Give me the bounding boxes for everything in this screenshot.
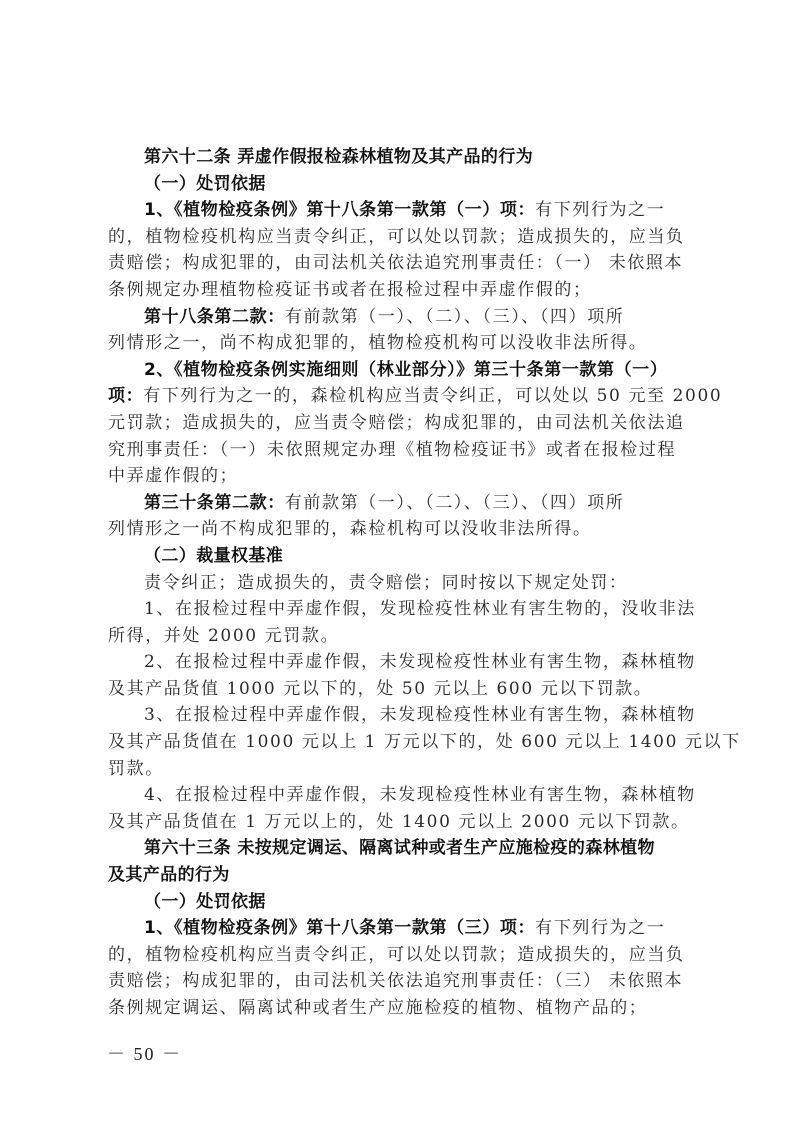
standard-4-line-2: 及其产品货值在 1 万元以上的，处 1400 元以上 2000 元以下罚款。 xyxy=(108,809,692,836)
standard-3-line-3: 罚款。 xyxy=(108,756,692,783)
article-62-standard-intro: 责令纠正；造成损失的，责令赔偿；同时按以下规定处罚： xyxy=(108,570,692,597)
article-63-title-line-2: 及其产品的行为 xyxy=(108,862,692,889)
article-62-basis-1b-line-1: 第十八条第二款：有前款第（一）、（二）、（三）、（四）项所 xyxy=(108,304,692,331)
article-62-basis-1-line-2: 的，植物检疫机构应当责令纠正，可以处以罚款；造成损失的，应当负 xyxy=(108,224,692,251)
article-63-basis-1-line-3: 责赔偿；构成犯罪的，由司法机关依法追究刑事责任：（三） 未依照本 xyxy=(108,968,692,995)
standard-3-line-1: 3、在报检过程中弄虚作假，未发现检疫性林业有害生物，森林植物 xyxy=(108,702,692,729)
article-62-section-1-heading: （一）处罚依据 xyxy=(108,171,692,198)
article-63-basis-1-line-4: 条例规定调运、隔离试种或者生产应施检疫的植物、植物产品的； xyxy=(108,995,692,1022)
article-62-basis-1-line-4: 条例规定办理植物检疫证书或者在报检过程中弄虚作假的； xyxy=(108,277,692,304)
article-62-basis-2b-line-2: 列情形之一尚不构成犯罪的，森检机构可以没收非法所得。 xyxy=(108,516,692,543)
article-62-basis-2-line-1: 2、《植物检疫条例实施细则（林业部分）》第三十条第一款第（一） xyxy=(108,357,692,384)
article-63-basis-1-label: 1、《植物检疫条例》第十八条第一款第（三）项： xyxy=(144,918,535,938)
article-62-basis-1-line-3: 责赔偿；构成犯罪的，由司法机关依法追究刑事责任：（一） 未依照本 xyxy=(108,250,692,277)
standard-2-line-2: 及其产品货值 1000 元以下的，处 50 元以上 600 元以下罚款。 xyxy=(108,676,692,703)
document-page: 第六十二条 弄虚作假报检森林植物及其产品的行为 （一）处罚依据 1、《植物检疫条… xyxy=(108,144,692,1022)
article-62-basis-2-item-label: 项： xyxy=(108,386,143,406)
article-63-basis-1-line-1: 1、《植物检疫条例》第十八条第一款第（三）项：有下列行为之一 xyxy=(108,915,692,942)
article-62-basis-2b-label: 第三十条第二款： xyxy=(144,493,285,513)
article-62-basis-1-label: 1、《植物检疫条例》第十八条第一款第（一）项： xyxy=(144,200,535,220)
standard-3-line-2: 及其产品货值在 1000 元以上 1 万元以下的，处 600 元以上 1400 … xyxy=(108,729,692,756)
article-63-section-1-heading: （一）处罚依据 xyxy=(108,889,692,916)
article-62-basis-1b-text: 有前款第（一）、（二）、（三）、（四）项所 xyxy=(285,307,625,327)
article-62-section-2-heading: （二）裁量权基准 xyxy=(108,543,692,570)
article-62-basis-2-line-5: 中弄虚作假的； xyxy=(108,463,692,490)
standard-1-line-1: 1、在报检过程中弄虚作假，发现检疫性林业有害生物的，没收非法 xyxy=(108,596,692,623)
article-62-basis-1-line-1: 1、《植物检疫条例》第十八条第一款第（一）项：有下列行为之一 xyxy=(108,197,692,224)
article-63-title-line-1: 第六十三条 未按规定调运、隔离试种或者生产应施检疫的森林植物 xyxy=(108,835,692,862)
article-62-basis-1b-line-2: 列情形之一，尚不构成犯罪的，植物检疫机构可以没收非法所得。 xyxy=(108,330,692,357)
standard-1-line-2: 所得，并处 2000 元罚款。 xyxy=(108,623,692,650)
article-62-basis-2b-line-1: 第三十条第二款：有前款第（一）、（二）、（三）、（四）项所 xyxy=(108,490,692,517)
article-62-basis-2-line-2: 项：有下列行为之一的，森检机构应当责令纠正，可以处以 50 元至 2000 xyxy=(108,383,692,410)
article-63-basis-1-text: 有下列行为之一 xyxy=(535,918,665,938)
article-62-basis-2-line-4: 究刑事责任：（一）未依照规定办理《植物检疫证书》或者在报检过程 xyxy=(108,437,692,464)
article-62-basis-2b-text: 有前款第（一）、（二）、（三）、（四）项所 xyxy=(285,493,625,513)
article-62-basis-1-text: 有下列行为之一 xyxy=(535,200,665,220)
article-62-basis-1b-label: 第十八条第二款： xyxy=(144,307,285,327)
page-number: － 50 － xyxy=(107,1040,182,1066)
article-62-basis-2-line-3: 元罚款；造成损失的，应当责令赔偿；构成犯罪的，由司法机关依法追 xyxy=(108,410,692,437)
article-62-title: 第六十二条 弄虚作假报检森林植物及其产品的行为 xyxy=(108,144,692,171)
article-63-basis-1-line-2: 的，植物检疫机构应当责令纠正，可以处以罚款；造成损失的，应当负 xyxy=(108,942,692,969)
standard-4-line-1: 4、在报检过程中弄虚作假，未发现检疫性林业有害生物，森林植物 xyxy=(108,782,692,809)
standard-2-line-1: 2、在报检过程中弄虚作假，未发现检疫性林业有害生物，森林植物 xyxy=(108,649,692,676)
article-62-basis-2-text: 有下列行为之一的，森检机构应当责令纠正，可以处以 50 元至 2000 xyxy=(143,386,722,406)
